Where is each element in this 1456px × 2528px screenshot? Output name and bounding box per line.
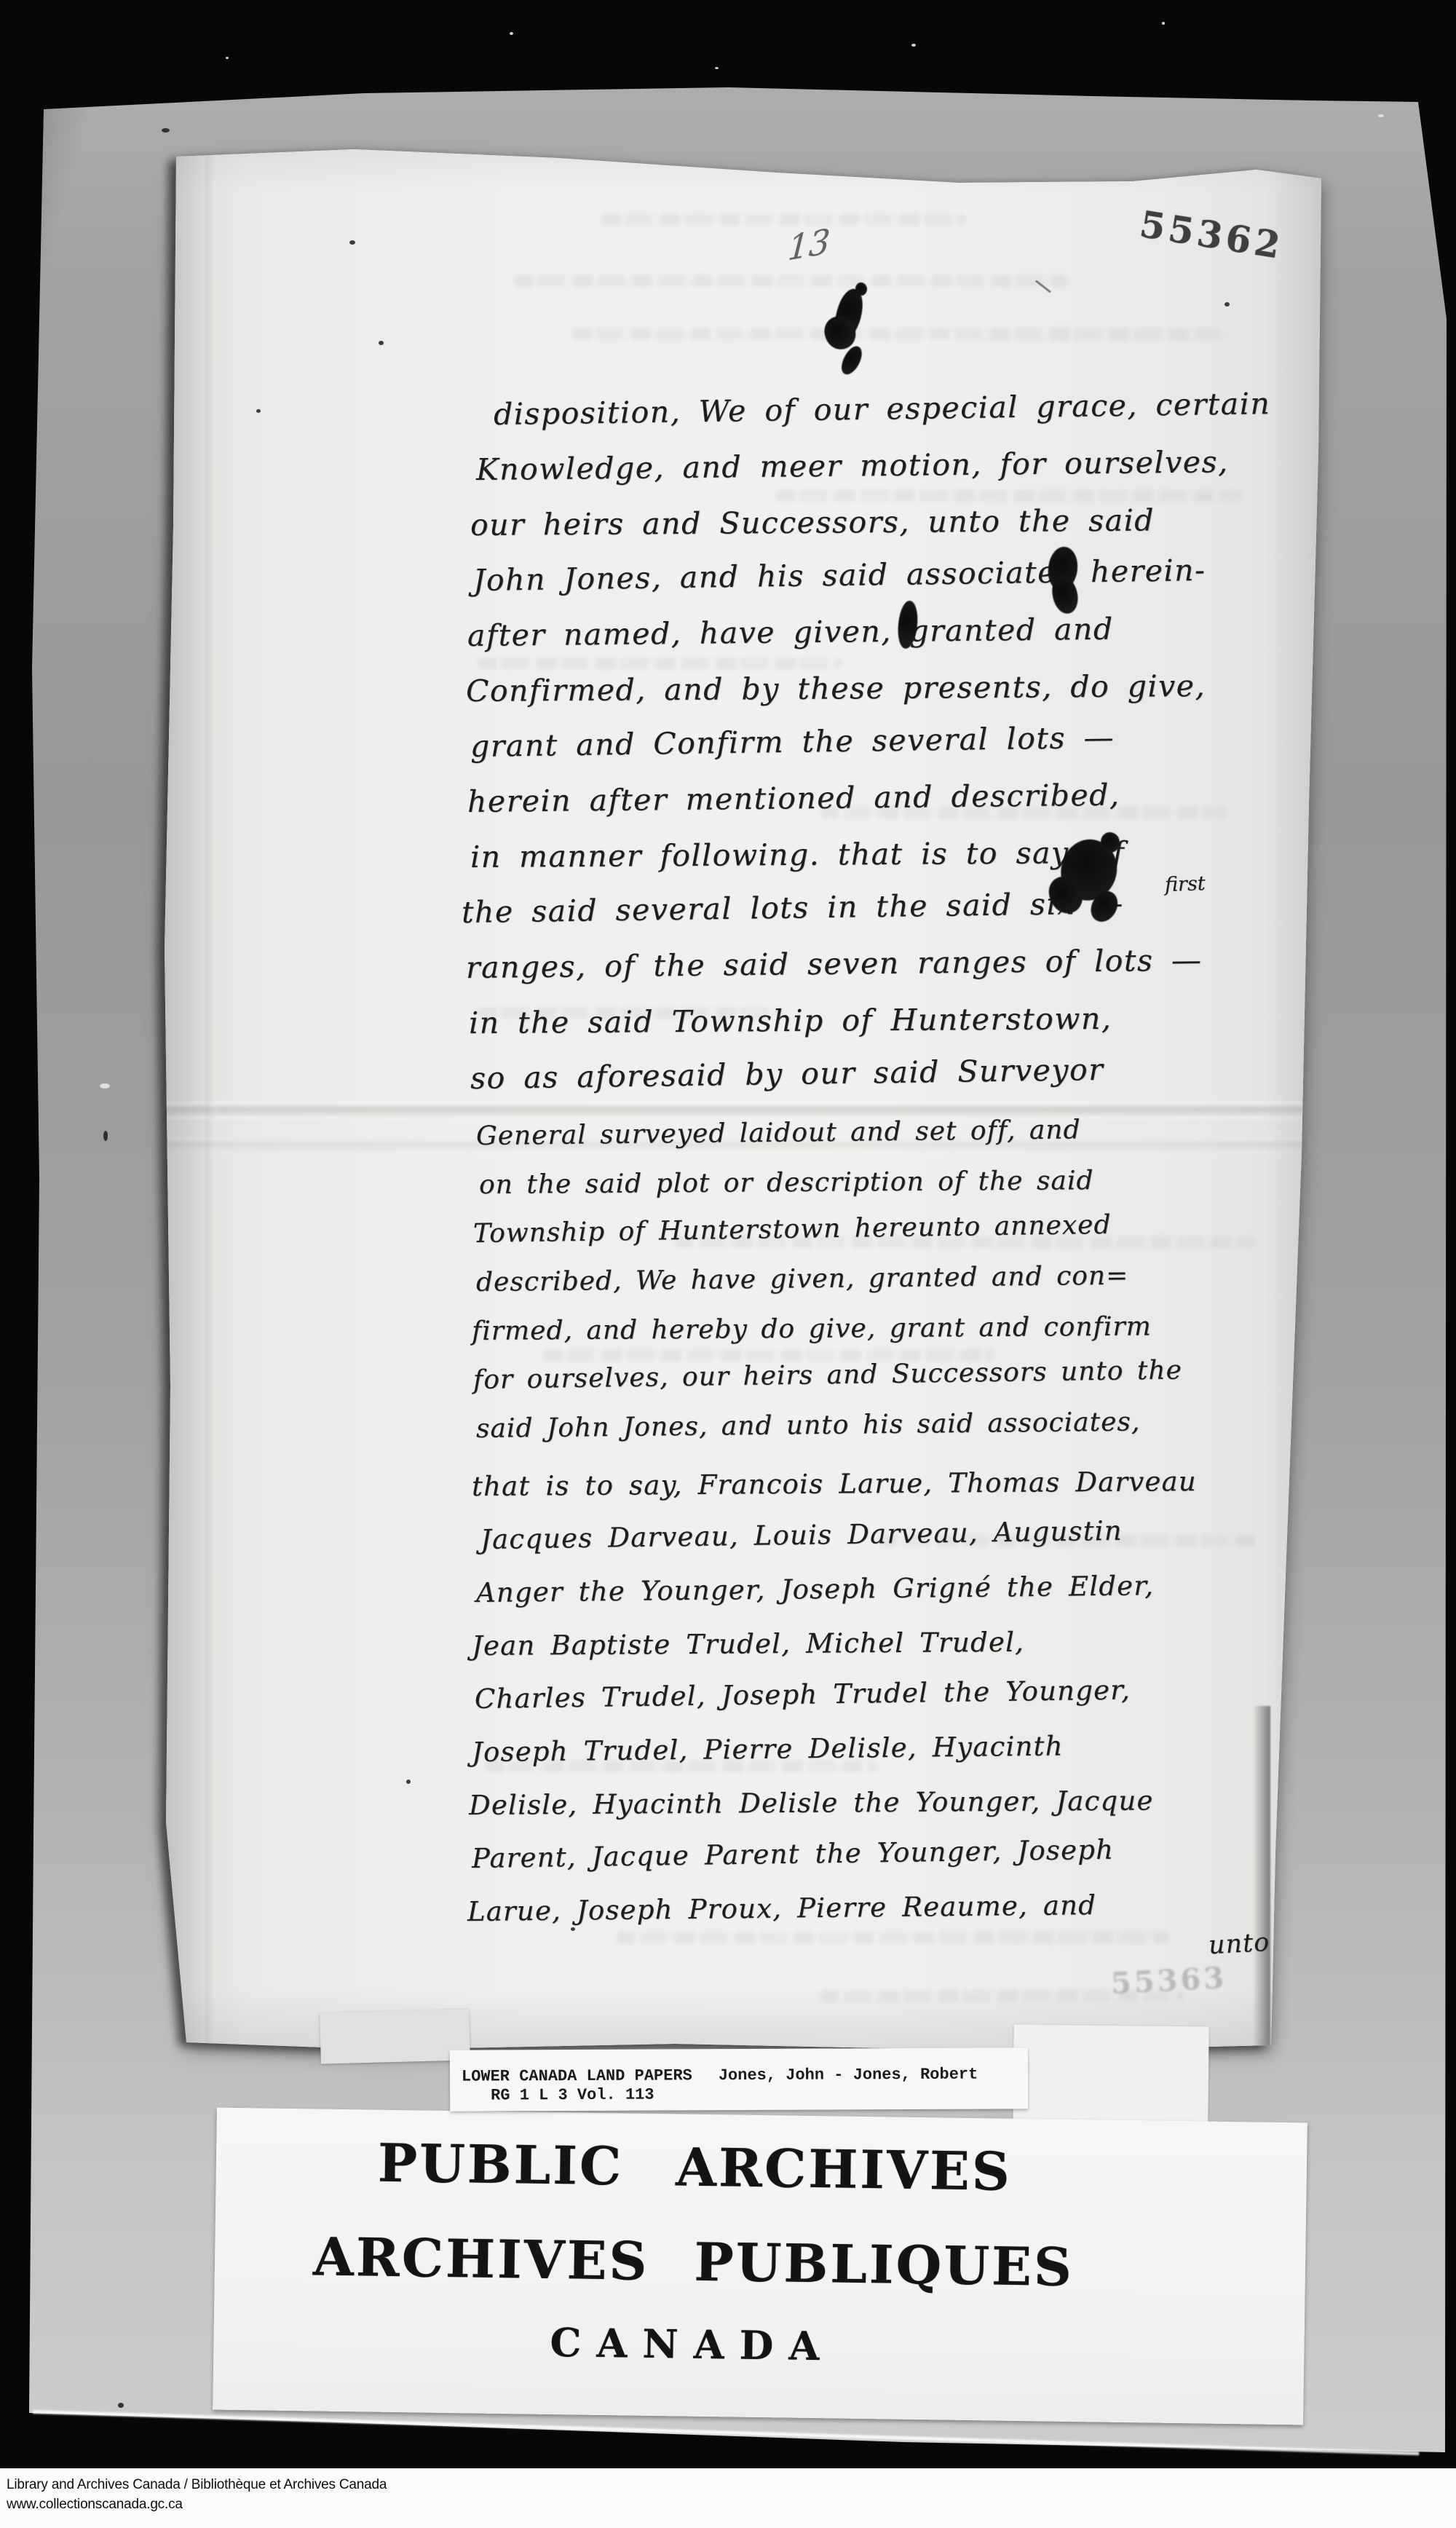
dust-speck [571,1927,575,1931]
manuscript-line: ranges, of the said seven ranges of lots… [466,942,1203,985]
digitized-document-scan: { "stamps": { "top_right": "55362", "ble… [0,0,1456,2528]
manuscript-line: Larue, Joseph Proux, Pierre Reaume, and [467,1889,1096,1927]
manuscript-line: John Jones, and his said associates here… [473,553,1206,598]
inserted-word: first [1164,872,1206,896]
bleedthrough-line [478,657,842,669]
catalog-label: LOWER CANADA LAND PAPERS Jones, John - J… [450,2047,1028,2111]
manuscript-line: on the said plot or description of the s… [479,1166,1094,1200]
manuscript-line: herein after mentioned and described, [467,778,1120,819]
manuscript-line: Charles Trudel, Joseph Trudel the Younge… [475,1674,1131,1715]
dust-speck [349,240,355,245]
film-speck [911,44,916,47]
manuscript-line: Joseph Trudel, Pierre Delisle, Hyacinth [472,1730,1064,1768]
manuscript-line: Township of Hunterstown hereunto annexed [473,1210,1112,1249]
bleedthrough-stamp-number: 55363 [1110,1961,1227,2001]
manuscript-line: in manner following. that is to say, of [470,835,1125,874]
manuscript-page: 13 55362 disposition, We of our especial… [165,148,1324,2054]
label-reference: RG 1 L 3 Vol. 113 [491,2086,654,2105]
page-shading [165,148,1324,2054]
film-speck [1162,22,1165,25]
dust-speck [103,1131,108,1141]
manuscript-line: Jean Baptiste Trudel, Michel Trudel, [472,1627,1024,1662]
manuscript-line: firmed, and hereby do give, grant and co… [472,1311,1152,1346]
manuscript-line: described, We have given, granted and co… [476,1261,1129,1297]
dust-speck [118,2403,124,2408]
manuscript-line: the said several lots in the said six — [462,885,1124,930]
film-speck [100,1083,110,1089]
fold-crease [165,1102,1324,1119]
manuscript-line: for ourselves, our heirs and Successors … [473,1355,1182,1395]
label-series: LOWER CANADA LAND PAPERS [462,2066,692,2085]
bleedthrough-line [601,213,965,225]
manuscript-line: after named, have given, granted and [467,612,1114,653]
manuscript-line: in the said Township of Hunterstown, [469,1001,1112,1040]
card-country: CANADA [213,2315,1171,2374]
dust-speck [379,341,384,345]
handwritten-page-number: 13 [787,221,832,269]
dust-speck [162,128,170,133]
manuscript-line: Parent, Jacque Parent the Younger, Josep… [472,1834,1115,1874]
film-speck [226,57,229,59]
footer-organization: Library and Archives Canada / Bibliothèq… [7,2477,387,2493]
footer-url: www.collectionscanada.gc.ca [7,2497,183,2513]
manuscript-line: Confirmed, and by these presents, do giv… [466,668,1206,708]
paper-tab [1013,2025,1208,2126]
archives-card: PUBLIC ARCHIVES ARCHIVES PUBLIQUES CANAD… [213,2108,1307,2425]
paper-tab [320,2009,470,2063]
left-crease [205,148,217,2054]
bleedthrough-line [616,1932,1169,1943]
manuscript-line: Jacques Darveau, Louis Darveau, Augustin [480,1515,1123,1555]
card-title-en: PUBLIC ARCHIVES [215,2130,1174,2205]
manuscript-line: Delisle, Hyacinth Delisle the Younger, J… [469,1785,1154,1821]
manuscript-line: Knowledge, and meer motion, for ourselve… [476,444,1229,487]
bleedthrough-line [776,490,1242,502]
bleedthrough-line [514,275,1067,287]
film-speck [510,32,513,35]
manuscript-line: grant and Confirm the several lots — [470,720,1115,764]
card-title-fr: ARCHIVES PUBLIQUES [215,2224,1173,2299]
film-speck [1378,114,1384,117]
site-footer: Library and Archives Canada / Bibliothèq… [0,2468,1456,2528]
film-speck [715,67,719,69]
catalog-label-line1: LOWER CANADA LAND PAPERS Jones, John - J… [462,2066,978,2086]
page-edge-shadow [1253,1706,1270,2048]
label-names: Jones, John - Jones, Robert [719,2066,978,2085]
manuscript-line: our heirs and Successors, unto the said [470,502,1155,542]
manuscript-line: disposition, We of our especial grace, c… [494,386,1271,432]
manuscript-line: said John Jones, and unto his said assoc… [476,1407,1141,1444]
bleedthrough-line [572,328,1227,340]
manuscript-line: so as aforesaid by our said Surveyor [470,1052,1104,1096]
archive-stamp-number: 55362 [1137,202,1287,267]
dust-speck [256,409,261,413]
scanned-image: 13 55362 disposition, We of our especial… [0,0,1456,2528]
manuscript-line: Anger the Younger, Joseph Grigné the Eld… [476,1570,1154,1608]
manuscript-line: that is to say, Francois Larue, Thomas D… [472,1466,1197,1502]
dust-speck [1224,302,1230,307]
dust-speck [406,1780,411,1784]
manuscript-line: General surveyed laidout and set off, an… [476,1115,1081,1151]
